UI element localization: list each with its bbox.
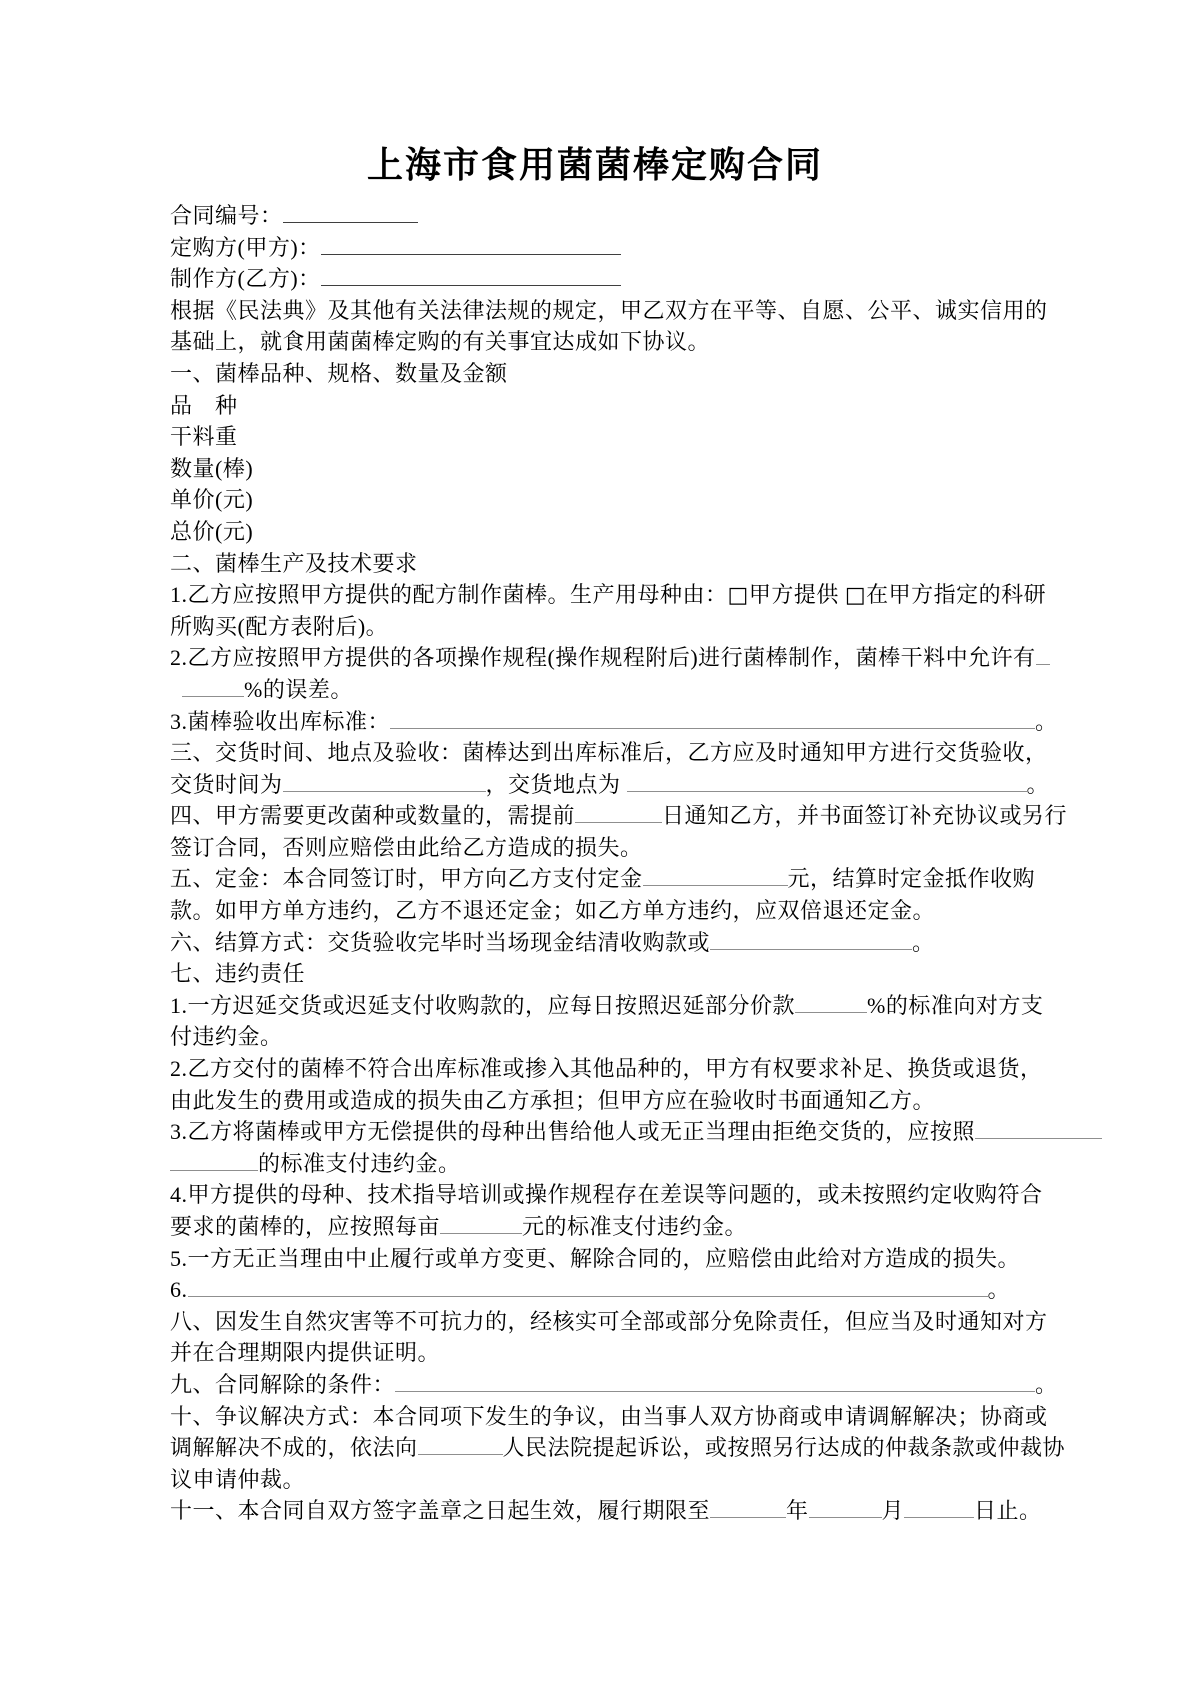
text-segment: 款。如甲方单方违约，乙方不退还定金；如乙方单方违约，应双倍退还定金。 [170, 898, 935, 923]
contract-line: %的误差。 [170, 674, 1070, 706]
contract-line: 四、甲方需要更改菌种或数量的，需提前日通知乙方，并书面签订补充协议或另行 [170, 800, 1070, 832]
text-segment: 。 [1027, 772, 1050, 797]
text-segment: 日通知乙方，并书面签订补充协议或另行 [662, 803, 1067, 828]
blank-field [809, 1495, 882, 1518]
blank-field [575, 800, 662, 823]
text-segment: 定购方(甲方)： [170, 235, 321, 260]
text-segment: 一、菌棒品种、规格、数量及金额 [170, 361, 508, 386]
contract-line: 制作方(乙方)： [170, 263, 1070, 295]
contract-line: 九、合同解除的条件：。 [170, 1369, 1070, 1401]
contract-page: 上海市食用菌菌棒定购合同 合同编号：定购方(甲方)：制作方(乙方)：根据《民法典… [0, 0, 1190, 1683]
checkbox-empty-icon: □ [845, 583, 866, 608]
contract-line: 三、交货时间、地点及验收：菌棒达到出库标准后，乙方应及时通知甲方进行交货验收， [170, 737, 1070, 769]
text-segment: 4.甲方提供的母种、技术指导培训或操作规程存在差误等问题的，或未按照约定收购符合 [170, 1182, 1043, 1207]
contract-line: 十、争议解决方式：本合同项下发生的争议，由当事人双方协商或申请调解解决；协商或 [170, 1401, 1070, 1433]
blank-field [283, 769, 486, 792]
text-segment: 月 [882, 1498, 905, 1523]
text-segment: 交货时间为 [170, 772, 283, 797]
contract-line: 所购买(配方表附后)。 [170, 611, 1070, 643]
text-segment: 3.菌棒验收出库标准： [170, 709, 390, 734]
text-segment: 九、合同解除的条件： [170, 1372, 395, 1397]
text-segment: 单价(元) [170, 487, 253, 512]
text-segment: 制作方(乙方)： [170, 266, 321, 291]
contract-number-blank [283, 200, 418, 223]
blank-field [395, 1369, 1035, 1392]
party-a-blank [321, 232, 621, 255]
text-segment: 数量(棒) [170, 456, 253, 481]
contract-line: 六、结算方式：交货验收完毕时当场现金结清收购款或。 [170, 927, 1070, 959]
text-segment: 五、定金：本合同签订时，甲方向乙方支付定金 [170, 866, 643, 891]
text-segment: 在甲方指定的科研 [866, 582, 1046, 607]
text-segment: 十一、本合同自双方签字盖章之日起生效，履行期限至 [170, 1498, 710, 1523]
contract-line: 一、菌棒品种、规格、数量及金额 [170, 358, 1070, 390]
text-segment: 的标准支付违约金。 [258, 1151, 461, 1176]
contract-line: 4.甲方提供的母种、技术指导培训或操作规程存在差误等问题的，或未按照约定收购符合 [170, 1179, 1070, 1211]
party-b-blank [321, 263, 621, 286]
text-segment: 总价(元) [170, 519, 253, 544]
text-segment: %的标准向对方支 [867, 993, 1043, 1018]
text-segment: 品 种 [170, 393, 238, 418]
text-segment: 年 [786, 1498, 809, 1523]
text-segment: 调解解决不成的，依法向 [170, 1435, 418, 1460]
text-segment: 议申请仲裁。 [170, 1467, 305, 1492]
text-segment: 干料重 [170, 424, 238, 449]
text-segment: 。 [1035, 709, 1058, 734]
contract-line: 基础上，就食用菌菌棒定购的有关事宜达成如下协议。 [170, 326, 1070, 358]
text-segment: 二、菌棒生产及技术要求 [170, 551, 418, 576]
contract-line: 2.乙方交付的菌棒不符合出库标准或掺入其他品种的，甲方有权要求补足、换货或退货， [170, 1053, 1070, 1085]
text-segment: 由此发生的费用或造成的损失由乙方承担；但甲方应在验收时书面通知乙方。 [170, 1088, 935, 1113]
blank-field [710, 1495, 786, 1518]
text-segment: 八、因发生自然灾害等不可抗力的，经核实可全部或部分免除责任，但应当及时通知对方 [170, 1309, 1048, 1334]
text-segment: 合同编号： [170, 203, 283, 228]
text-segment: 。 [988, 1277, 1011, 1302]
contract-line: 6.。 [170, 1274, 1070, 1306]
text-segment: %的误差。 [244, 677, 353, 702]
blank-field [440, 1211, 522, 1234]
blank-field [188, 1274, 988, 1297]
text-segment: 七、违约责任 [170, 961, 305, 986]
contract-line: 1.一方迟延交货或迟延支付收购款的，应每日按照迟延部分价款%的标准向对方支 [170, 990, 1070, 1022]
blank-field [643, 863, 788, 886]
contract-line: 十一、本合同自双方签字盖章之日起生效，履行期限至年月日止。 [170, 1495, 1070, 1527]
text-segment: 3.乙方将菌棒或甲方无偿提供的母种出售给他人或无正当理由拒绝交货的，应按照 [170, 1119, 975, 1144]
contract-line: 3.菌棒验收出库标准：。 [170, 706, 1070, 738]
text-segment: 1.乙方应按照甲方提供的配方制作菌棒。生产用母种由： [170, 582, 728, 607]
contract-line: 要求的菌棒的，应按照每亩元的标准支付违约金。 [170, 1211, 1070, 1243]
text-segment: 5.一方无正当理由中止履行或单方变更、解除合同的，应赔偿由此给对方造成的损失。 [170, 1246, 1020, 1271]
contract-line: 款。如甲方单方违约，乙方不退还定金；如乙方单方违约，应双倍退还定金。 [170, 895, 1070, 927]
contract-line: 的标准支付违约金。 [170, 1148, 1070, 1180]
text-segment: 六、结算方式：交货验收完毕时当场现金结清收购款或 [170, 930, 710, 955]
blank-field [975, 1116, 1102, 1139]
blank-field [1036, 642, 1050, 665]
text-segment: 付违约金。 [170, 1024, 283, 1049]
blank-field [182, 674, 244, 697]
blank-field [795, 990, 867, 1013]
text-segment: 签订合同，否则应赔偿由此给乙方造成的损失。 [170, 835, 643, 860]
contract-line: 二、菌棒生产及技术要求 [170, 548, 1070, 580]
contract-line: 干料重 [170, 421, 1070, 453]
text-segment: 。 [1035, 1372, 1058, 1397]
blank-field [390, 706, 1035, 729]
text-segment: 十、争议解决方式：本合同项下发生的争议，由当事人双方协商或申请调解解决；协商或 [170, 1404, 1048, 1429]
text-segment: 所购买(配方表附后)。 [170, 614, 388, 639]
contract-line: 根据《民法典》及其他有关法律法规的规定，甲乙双方在平等、自愿、公平、诚实信用的 [170, 295, 1070, 327]
blank-field [170, 1148, 258, 1171]
text-segment: 日止。 [974, 1498, 1042, 1523]
contract-line: 议申请仲裁。 [170, 1464, 1070, 1496]
contract-line: 1.乙方应按照甲方提供的配方制作菌棒。生产用母种由：□甲方提供 □在甲方指定的科… [170, 579, 1070, 611]
contract-line: 合同编号： [170, 200, 1070, 232]
contract-line: 3.乙方将菌棒或甲方无偿提供的母种出售给他人或无正当理由拒绝交货的，应按照 [170, 1116, 1070, 1148]
text-segment: 并在合理期限内提供证明。 [170, 1340, 440, 1365]
text-segment: 6. [170, 1277, 188, 1302]
contract-line: 付违约金。 [170, 1021, 1070, 1053]
contract-body: 合同编号：定购方(甲方)：制作方(乙方)：根据《民法典》及其他有关法律法规的规定… [170, 200, 1070, 1527]
checkbox-empty-icon: □ [728, 583, 749, 608]
contract-line: 五、定金：本合同签订时，甲方向乙方支付定金元，结算时定金抵作收购 [170, 863, 1070, 895]
text-segment: 2.乙方应按照甲方提供的各项操作规程(操作规程附后)进行菌棒制作，菌棒干料中允许… [170, 645, 1036, 670]
contract-line: 调解解决不成的，依法向人民法院提起诉讼，或按照另行达成的仲裁条款或仲裁协 [170, 1432, 1070, 1464]
text-segment: 基础上，就食用菌菌棒定购的有关事宜达成如下协议。 [170, 329, 710, 354]
text-segment: 四、甲方需要更改菌种或数量的，需提前 [170, 803, 575, 828]
contract-line: 定购方(甲方)： [170, 232, 1070, 264]
contract-line: 品 种 [170, 390, 1070, 422]
text-segment: 。 [912, 930, 935, 955]
blank-field [710, 927, 912, 950]
contract-line: 总价(元) [170, 516, 1070, 548]
text-segment: 甲方提供 [749, 582, 845, 607]
blank-field [904, 1495, 974, 1518]
text-segment: ，交货地点为 [486, 772, 627, 797]
contract-line: 5.一方无正当理由中止履行或单方变更、解除合同的，应赔偿由此给对方造成的损失。 [170, 1243, 1070, 1275]
text-segment: 1.一方迟延交货或迟延支付收购款的，应每日按照迟延部分价款 [170, 993, 795, 1018]
contract-line: 并在合理期限内提供证明。 [170, 1337, 1070, 1369]
contract-line: 八、因发生自然灾害等不可抗力的，经核实可全部或部分免除责任，但应当及时通知对方 [170, 1306, 1070, 1338]
text-segment: 2.乙方交付的菌棒不符合出库标准或掺入其他品种的，甲方有权要求补足、换货或退货， [170, 1056, 1043, 1081]
contract-line: 数量(棒) [170, 453, 1070, 485]
contract-line: 签订合同，否则应赔偿由此给乙方造成的损失。 [170, 832, 1070, 864]
text-segment: 根据《民法典》及其他有关法律法规的规定，甲乙双方在平等、自愿、公平、诚实信用的 [170, 298, 1048, 323]
text-segment: 三、交货时间、地点及验收：菌棒达到出库标准后，乙方应及时通知甲方进行交货验收， [170, 740, 1048, 765]
contract-line: 单价(元) [170, 484, 1070, 516]
text-segment: 人民法院提起诉讼，或按照另行达成的仲裁条款或仲裁协 [503, 1435, 1066, 1460]
contract-line: 2.乙方应按照甲方提供的各项操作规程(操作规程附后)进行菌棒制作，菌棒干料中允许… [170, 642, 1070, 674]
blank-field [418, 1432, 503, 1455]
text-segment: 元，结算时定金抵作收购 [788, 866, 1036, 891]
text-segment: 要求的菌棒的，应按照每亩 [170, 1214, 440, 1239]
blank-field [627, 769, 1027, 792]
contract-line: 交货时间为，交货地点为 。 [170, 769, 1070, 801]
contract-line: 七、违约责任 [170, 958, 1070, 990]
contract-title: 上海市食用菌菌棒定购合同 [0, 0, 1190, 188]
text-segment: 元的标准支付违约金。 [522, 1214, 747, 1239]
contract-line: 由此发生的费用或造成的损失由乙方承担；但甲方应在验收时书面通知乙方。 [170, 1085, 1070, 1117]
